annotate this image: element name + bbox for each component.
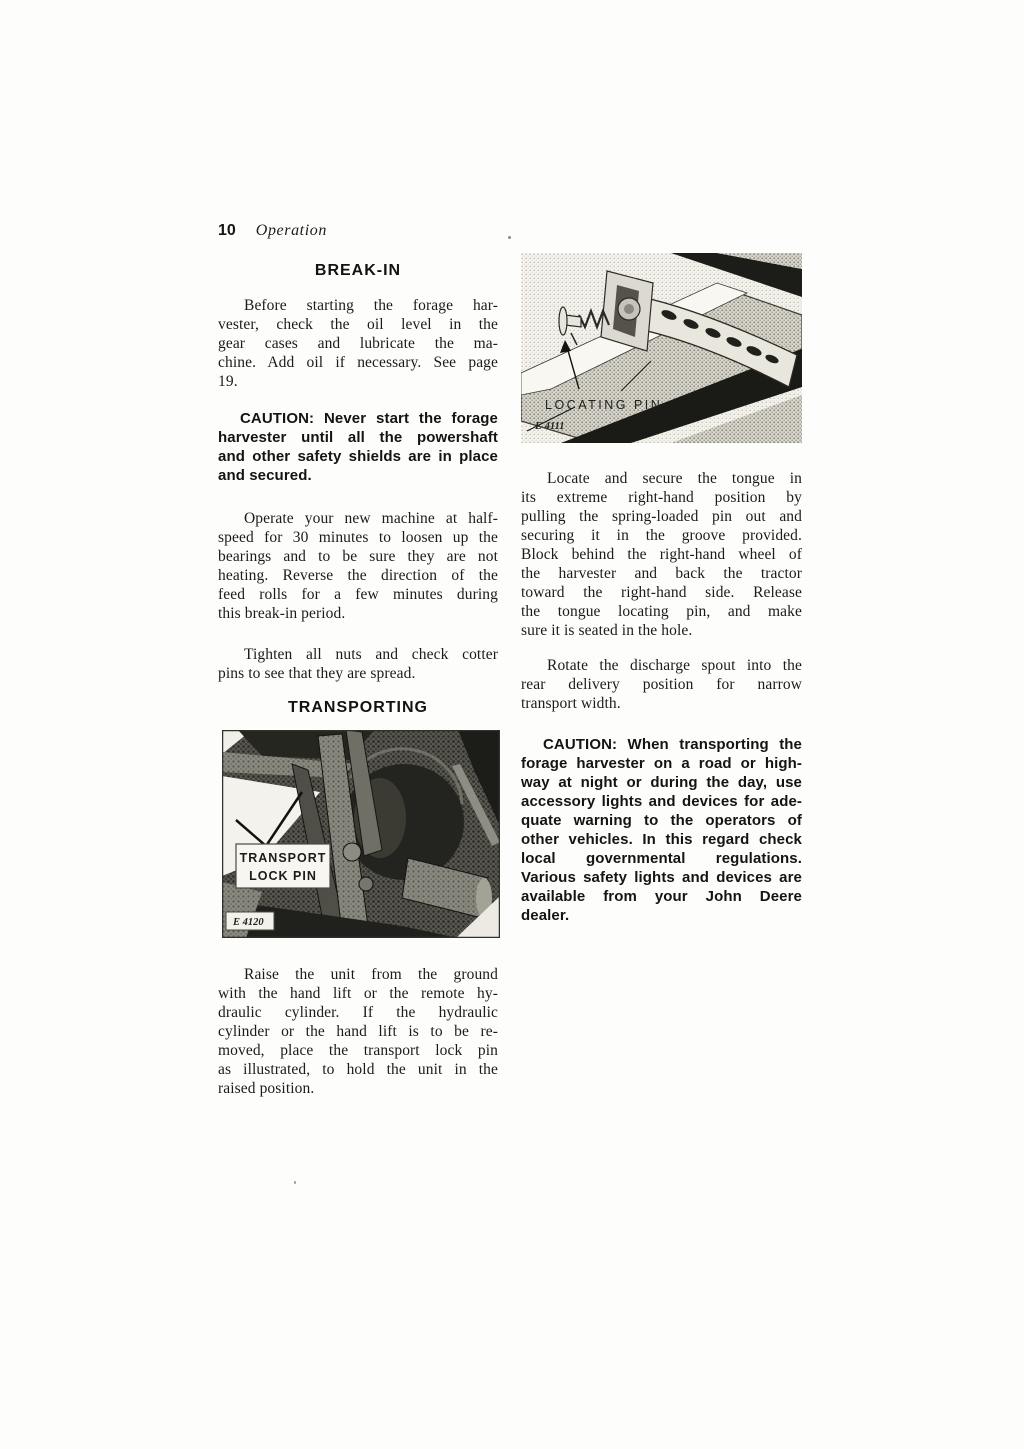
- text-line: heating. Reverse the direction of the: [218, 566, 498, 585]
- figure-locating-pin: LOCATING PIN E 4111: [521, 253, 802, 443]
- clevis-bracket: [601, 271, 653, 351]
- text-line: cylinder or the hand lift is to be re-: [218, 1022, 498, 1041]
- text-line: accessory lights and devices for ade-: [521, 792, 802, 811]
- text-line: as illustrated, to hold the unit in the: [218, 1060, 498, 1079]
- text-line: rear delivery position for narrow: [521, 675, 802, 694]
- paragraph-operate: Operate your new machine at half-speed f…: [218, 509, 498, 623]
- text-line: and secured.: [218, 466, 498, 485]
- text-line: Tighten all nuts and check cotter: [218, 645, 498, 664]
- figure-code-e4120: E 4120: [232, 917, 264, 928]
- locating-pin-drawing: LOCATING PIN E 4111: [521, 253, 802, 443]
- manual-page: 10 Operation BREAK-IN Before starting th…: [0, 0, 1024, 1449]
- scan-speck: [294, 1181, 296, 1184]
- text-line: Raise the unit from the ground: [218, 965, 498, 984]
- caution-powershaft: CAUTION: Never start the forageharvester…: [218, 409, 498, 485]
- transport-label-line2: LOCK PIN: [249, 869, 317, 883]
- text-line: available from your John Deere: [521, 887, 802, 906]
- text-line: this break-in period.: [218, 604, 498, 623]
- figure-transport-lock-pin: TRANSPORT LOCK PIN E 4120: [222, 730, 500, 938]
- text-line: feed rolls for a few minutes during: [218, 585, 498, 604]
- text-line: draulic cylinder. If the hydraulic: [218, 1003, 498, 1022]
- text-line: the tongue locating pin, and make: [521, 602, 802, 621]
- text-line: pulling the spring-loaded pin out and: [521, 507, 802, 526]
- right-column: LOCATING PIN E 4111 Locate and secure th…: [521, 253, 802, 925]
- text-line: moved, place the transport lock pin: [218, 1041, 498, 1060]
- text-line: pins to see that they are spread.: [218, 664, 498, 683]
- text-line: forage harvester on a road or high-: [521, 754, 802, 773]
- text-line: toward the right-hand side. Release: [521, 583, 802, 602]
- text-line: CAUTION: When transporting the: [521, 735, 802, 754]
- figure-code-e4111: E 4111: [534, 421, 564, 432]
- text-line: dealer.: [521, 906, 802, 925]
- text-line: raised position.: [218, 1079, 498, 1098]
- paragraph-raise: Raise the unit from the groundwith the h…: [218, 965, 498, 1098]
- section-title: Operation: [256, 222, 327, 240]
- text-line: its extreme right-hand position by: [521, 488, 802, 507]
- figure-code-plate: E 4120: [226, 912, 274, 930]
- left-column: BREAK-IN Before starting the forage har-…: [218, 256, 498, 1098]
- locating-pin-label: LOCATING PIN: [545, 398, 662, 412]
- text-line: harvester until all the powershaft: [218, 428, 498, 447]
- transport-lock-pin-photo: TRANSPORT LOCK PIN E 4120: [222, 730, 500, 938]
- text-line: CAUTION: Never start the forage: [218, 409, 498, 428]
- text-line: with the hand lift or the remote hy-: [218, 984, 498, 1003]
- text-line: gear cases and lubricate the ma-: [218, 334, 498, 353]
- transport-label-line1: TRANSPORT: [240, 851, 327, 865]
- paragraph-before-starting: Before starting the forage har-vester, c…: [218, 296, 498, 391]
- text-line: Operate your new machine at half-: [218, 509, 498, 528]
- text-line: quate warning to the operators of: [521, 811, 802, 830]
- text-line: and other safety shields are in place: [218, 447, 498, 466]
- text-line: transport width.: [521, 694, 802, 713]
- text-line: securing it in the groove provided.: [521, 526, 802, 545]
- scan-speck: [508, 236, 511, 239]
- text-line: Various safety lights and devices are: [521, 868, 802, 887]
- text-line: vester, check the oil level in the: [218, 315, 498, 334]
- text-line: the harvester and back the tractor: [521, 564, 802, 583]
- paragraph-rotate-spout: Rotate the discharge spout into therear …: [521, 656, 802, 713]
- text-line: chine. Add oil if necessary. See page: [218, 353, 498, 372]
- text-line: local governmental regulations.: [521, 849, 802, 868]
- text-line: Before starting the forage har-: [218, 296, 498, 315]
- text-line: 19.: [218, 372, 498, 391]
- heading-break-in: BREAK-IN: [218, 262, 498, 280]
- text-line: way at night or during the day, use: [521, 773, 802, 792]
- page-header: 10 Operation: [218, 222, 327, 240]
- paragraph-tighten: Tighten all nuts and check cotterpins to…: [218, 645, 498, 683]
- page-number: 10: [218, 222, 236, 240]
- text-line: other vehicles. In this regard check: [521, 830, 802, 849]
- text-line: bearings and to be sure they are not: [218, 547, 498, 566]
- heading-transporting: TRANSPORTING: [218, 699, 498, 717]
- transport-lock-pin-callout: TRANSPORT LOCK PIN: [236, 844, 330, 888]
- text-line: sure it is seated in the hole.: [521, 621, 802, 640]
- paragraph-locate-tongue: Locate and secure the tongue inits extre…: [521, 469, 802, 640]
- text-line: Block behind the right-hand wheel of: [521, 545, 802, 564]
- text-line: Rotate the discharge spout into the: [521, 656, 802, 675]
- text-line: Locate and secure the tongue in: [521, 469, 802, 488]
- text-line: speed for 30 minutes to loosen up the: [218, 528, 498, 547]
- caution-transporting: CAUTION: When transporting theforage har…: [521, 735, 802, 925]
